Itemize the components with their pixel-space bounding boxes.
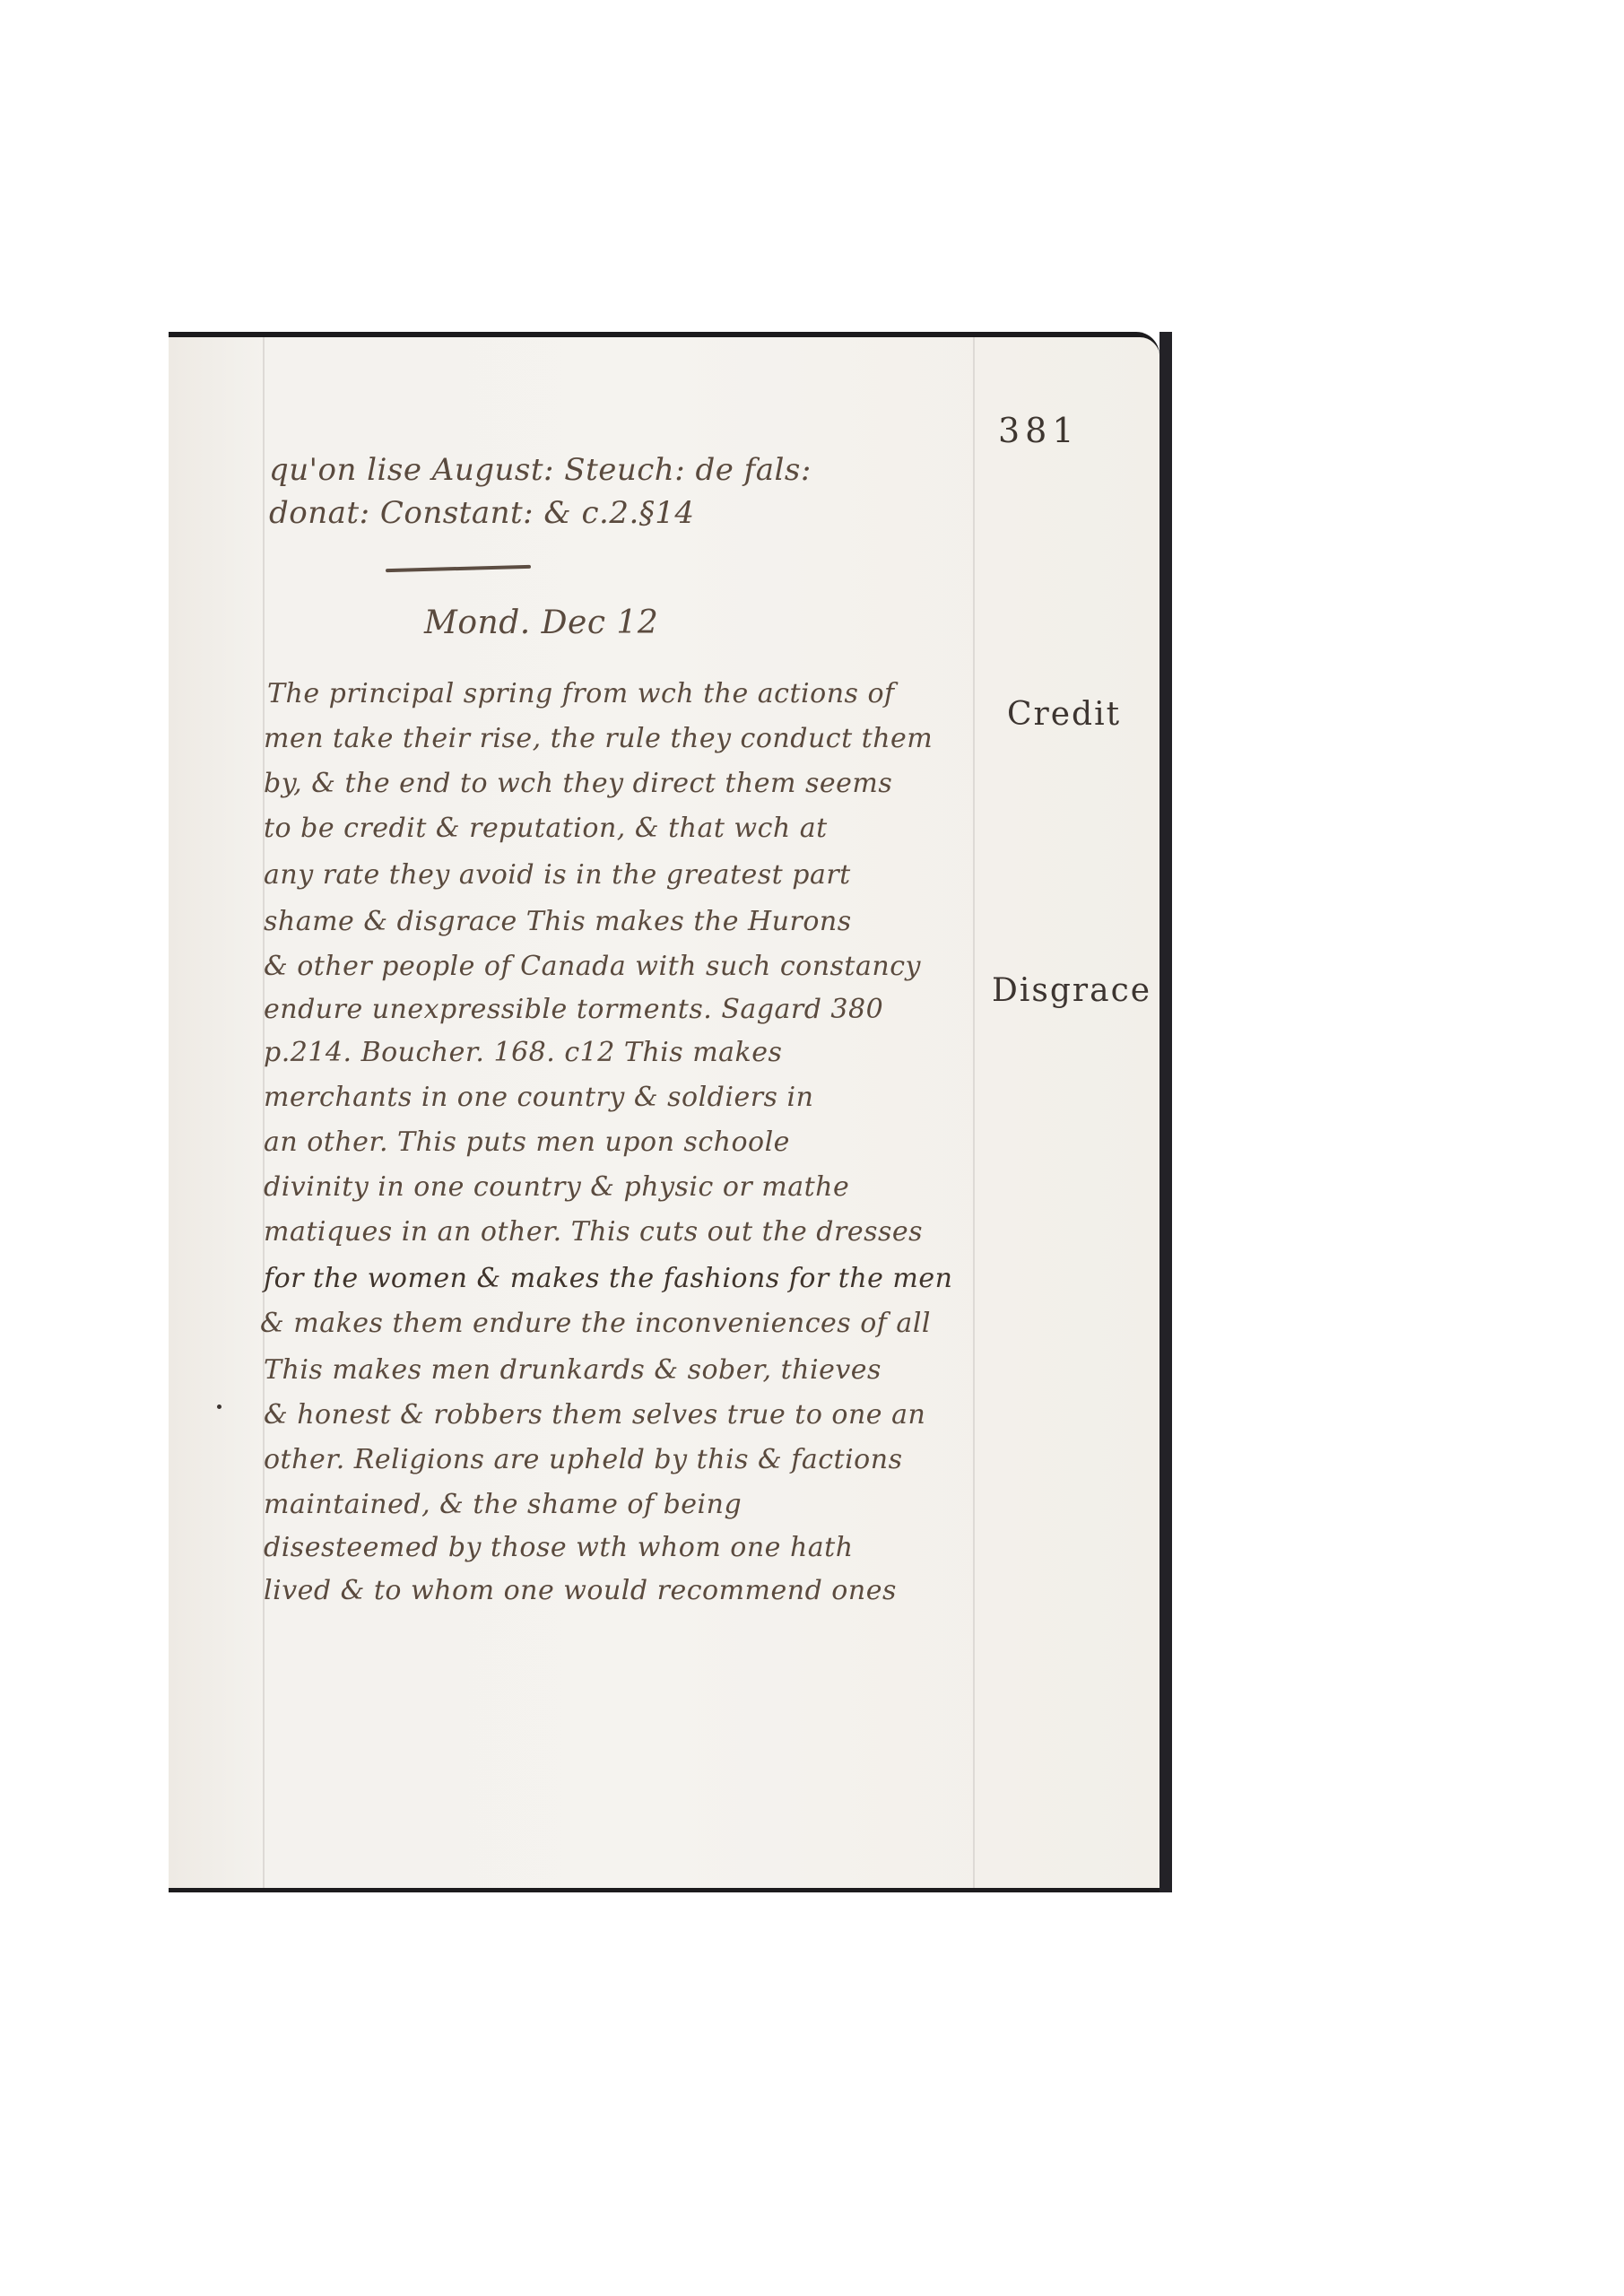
margin-note-disgrace: Disgrace <box>992 972 1151 1009</box>
header-line: donat: Constant: & c.2.§14 <box>269 495 695 531</box>
body-line: any rate they avoid is in the greatest p… <box>264 859 851 891</box>
body-line: by, & the end to wch they direct them se… <box>264 768 892 799</box>
date-heading: Mond. Dec 12 <box>424 604 658 641</box>
body-line: divinity in one country & physic or math… <box>264 1171 849 1203</box>
margin-note-credit: Credit <box>1007 696 1121 733</box>
body-line: for the women & makes the fashions for t… <box>264 1263 952 1294</box>
body-line: matiques in an other. This cuts out the … <box>264 1216 923 1248</box>
page-number: 381 <box>998 411 1080 450</box>
right-margin-rule <box>973 337 975 1888</box>
body-line: to be credit & reputation, & that wch at <box>264 813 828 844</box>
body-line: maintained, & the shame of being <box>264 1489 742 1520</box>
body-line: other. Religions are upheld by this & fa… <box>264 1444 902 1475</box>
manuscript-page: 381 qu'on lise August: Steuch: de fals: … <box>169 332 1159 1892</box>
body-line: The principal spring from wch the action… <box>267 678 895 709</box>
body-line: This makes men drunkards & sober, thieve… <box>264 1354 881 1386</box>
body-line: merchants in one country & soldiers in <box>264 1082 813 1113</box>
body-line: disesteemed by those wth whom one hath <box>264 1532 854 1563</box>
body-line: p.214. Boucher. 168. c12 This makes <box>264 1037 782 1068</box>
body-line: & makes them endure the inconveniences o… <box>260 1308 931 1339</box>
body-line: shame & disgrace This makes the Hurons <box>264 906 852 937</box>
header-line: qu'on lise August: Steuch: de fals: <box>269 452 812 488</box>
book-binding-edge <box>1159 332 1172 1892</box>
body-line: & other people of Canada with such const… <box>264 951 921 982</box>
body-line: & honest & robbers them selves true to o… <box>264 1399 925 1431</box>
body-line: men take their rise, the rule they condu… <box>264 723 933 754</box>
body-line: lived & to whom one would recommend ones <box>264 1575 897 1606</box>
body-line: an other. This puts men upon schoole <box>264 1126 790 1158</box>
ink-speck <box>217 1405 221 1409</box>
body-line: endure unexpressible torments. Sagard 38… <box>264 994 883 1025</box>
